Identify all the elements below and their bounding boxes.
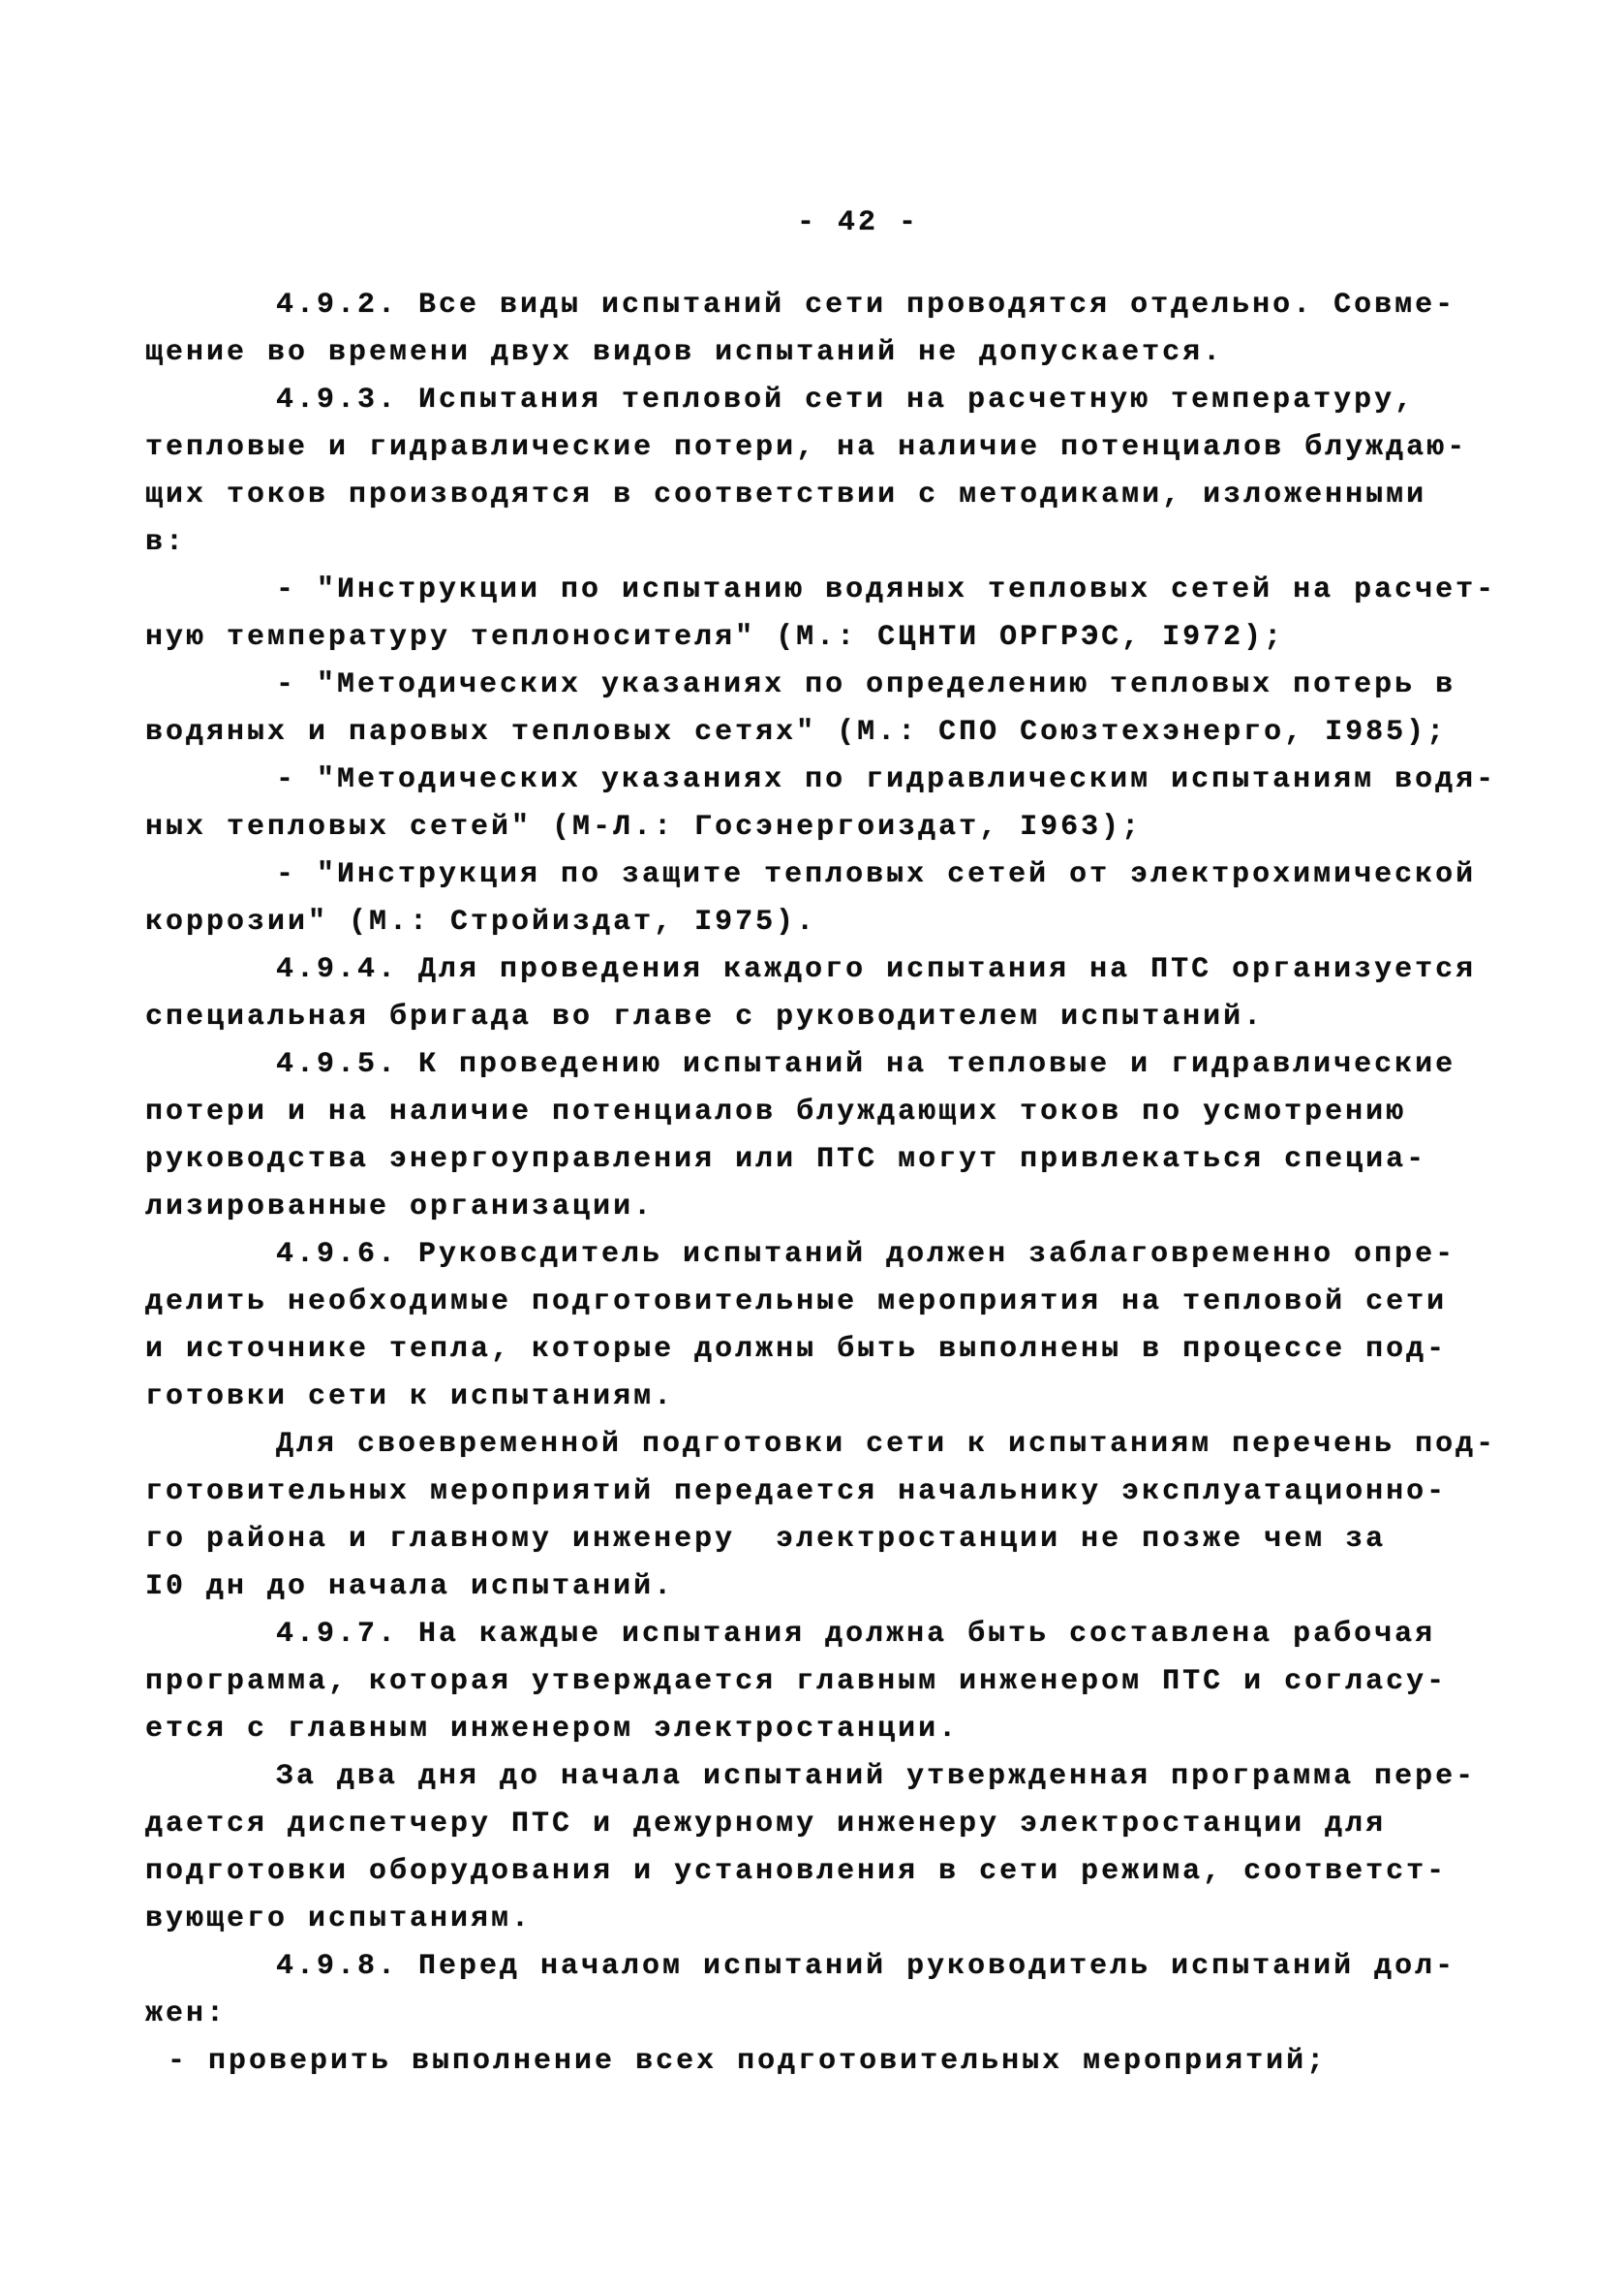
text-line: коррозии" (М.: Стройиздат, I975). (145, 899, 1624, 946)
page-number: - 42 - (0, 200, 1624, 247)
text-line: ется с главным инженером электростанции. (145, 1706, 1624, 1753)
text-line: программа, которая утверждается главным … (145, 1658, 1624, 1706)
text-line: 4.9.8. Перед началом испытаний руководит… (145, 1943, 1624, 1991)
text-line: и источнике тепла, которые должны быть в… (145, 1326, 1624, 1374)
text-line: водяных и паровых тепловых сетях" (М.: С… (145, 709, 1624, 757)
text-line: тепловые и гидравлические потери, на нал… (145, 424, 1624, 472)
document-body: 4.9.2. Все виды испытаний сети проводятс… (0, 282, 1624, 2086)
text-line: жен: (145, 1991, 1624, 2038)
text-line: Для своевременной подготовки сети к испы… (145, 1421, 1624, 1469)
text-line: - "Методических указаниях по определению… (145, 662, 1624, 709)
text-line: щих токов производятся в соответствии с … (145, 472, 1624, 519)
text-line: щение во времени двух видов испытаний не… (145, 329, 1624, 377)
text-line: 4.9.6. Руковсдитель испытаний должен заб… (145, 1231, 1624, 1279)
text-line: вующего испытаниям. (145, 1896, 1624, 1943)
text-line: 4.9.7. На каждые испытания должна быть с… (145, 1611, 1624, 1658)
text-line: специальная бригада во главе с руководит… (145, 994, 1624, 1041)
text-line: 4.9.5. К проведению испытаний на тепловы… (145, 1041, 1624, 1089)
text-line: готовки сети к испытаниям. (145, 1374, 1624, 1421)
text-line: ных тепловых сетей" (М-Л.: Госэнергоизда… (145, 804, 1624, 851)
text-line: потери и на наличие потенциалов блуждающ… (145, 1089, 1624, 1136)
text-line: го района и главному инженеру электроста… (145, 1516, 1624, 1563)
text-line: За два дня до начала испытаний утвержден… (145, 1753, 1624, 1801)
text-line: - "Методических указаниях по гидравличес… (145, 757, 1624, 804)
text-line: ную температуру теплоносителя" (М.: СЦНТ… (145, 614, 1624, 662)
text-line: I0 дн до начала испытаний. (145, 1563, 1624, 1611)
text-line: 4.9.4. Для проведения каждого испытания … (145, 946, 1624, 994)
text-line: 4.9.2. Все виды испытаний сети проводятс… (145, 282, 1624, 329)
document-page: - 42 - 4.9.2. Все виды испытаний сети пр… (0, 0, 1624, 2289)
text-line: - "Инструкции по испытанию водяных тепло… (145, 567, 1624, 614)
text-line: дается диспетчеру ПТС и дежурному инжене… (145, 1801, 1624, 1848)
text-line: - проверить выполнение всех подготовител… (145, 2038, 1624, 2086)
text-line: в: (145, 519, 1624, 567)
text-line: руководства энергоуправления или ПТС мог… (145, 1136, 1624, 1184)
text-line: подготовки оборудования и установления в… (145, 1848, 1624, 1896)
text-line: делить необходимые подготовительные меро… (145, 1279, 1624, 1326)
text-line: готовительных мероприятий передается нач… (145, 1469, 1624, 1516)
text-line: - "Инструкция по защите тепловых сетей о… (145, 851, 1624, 899)
text-line: 4.9.3. Испытания тепловой сети на расчет… (145, 377, 1624, 424)
text-line: лизированные организации. (145, 1184, 1624, 1231)
